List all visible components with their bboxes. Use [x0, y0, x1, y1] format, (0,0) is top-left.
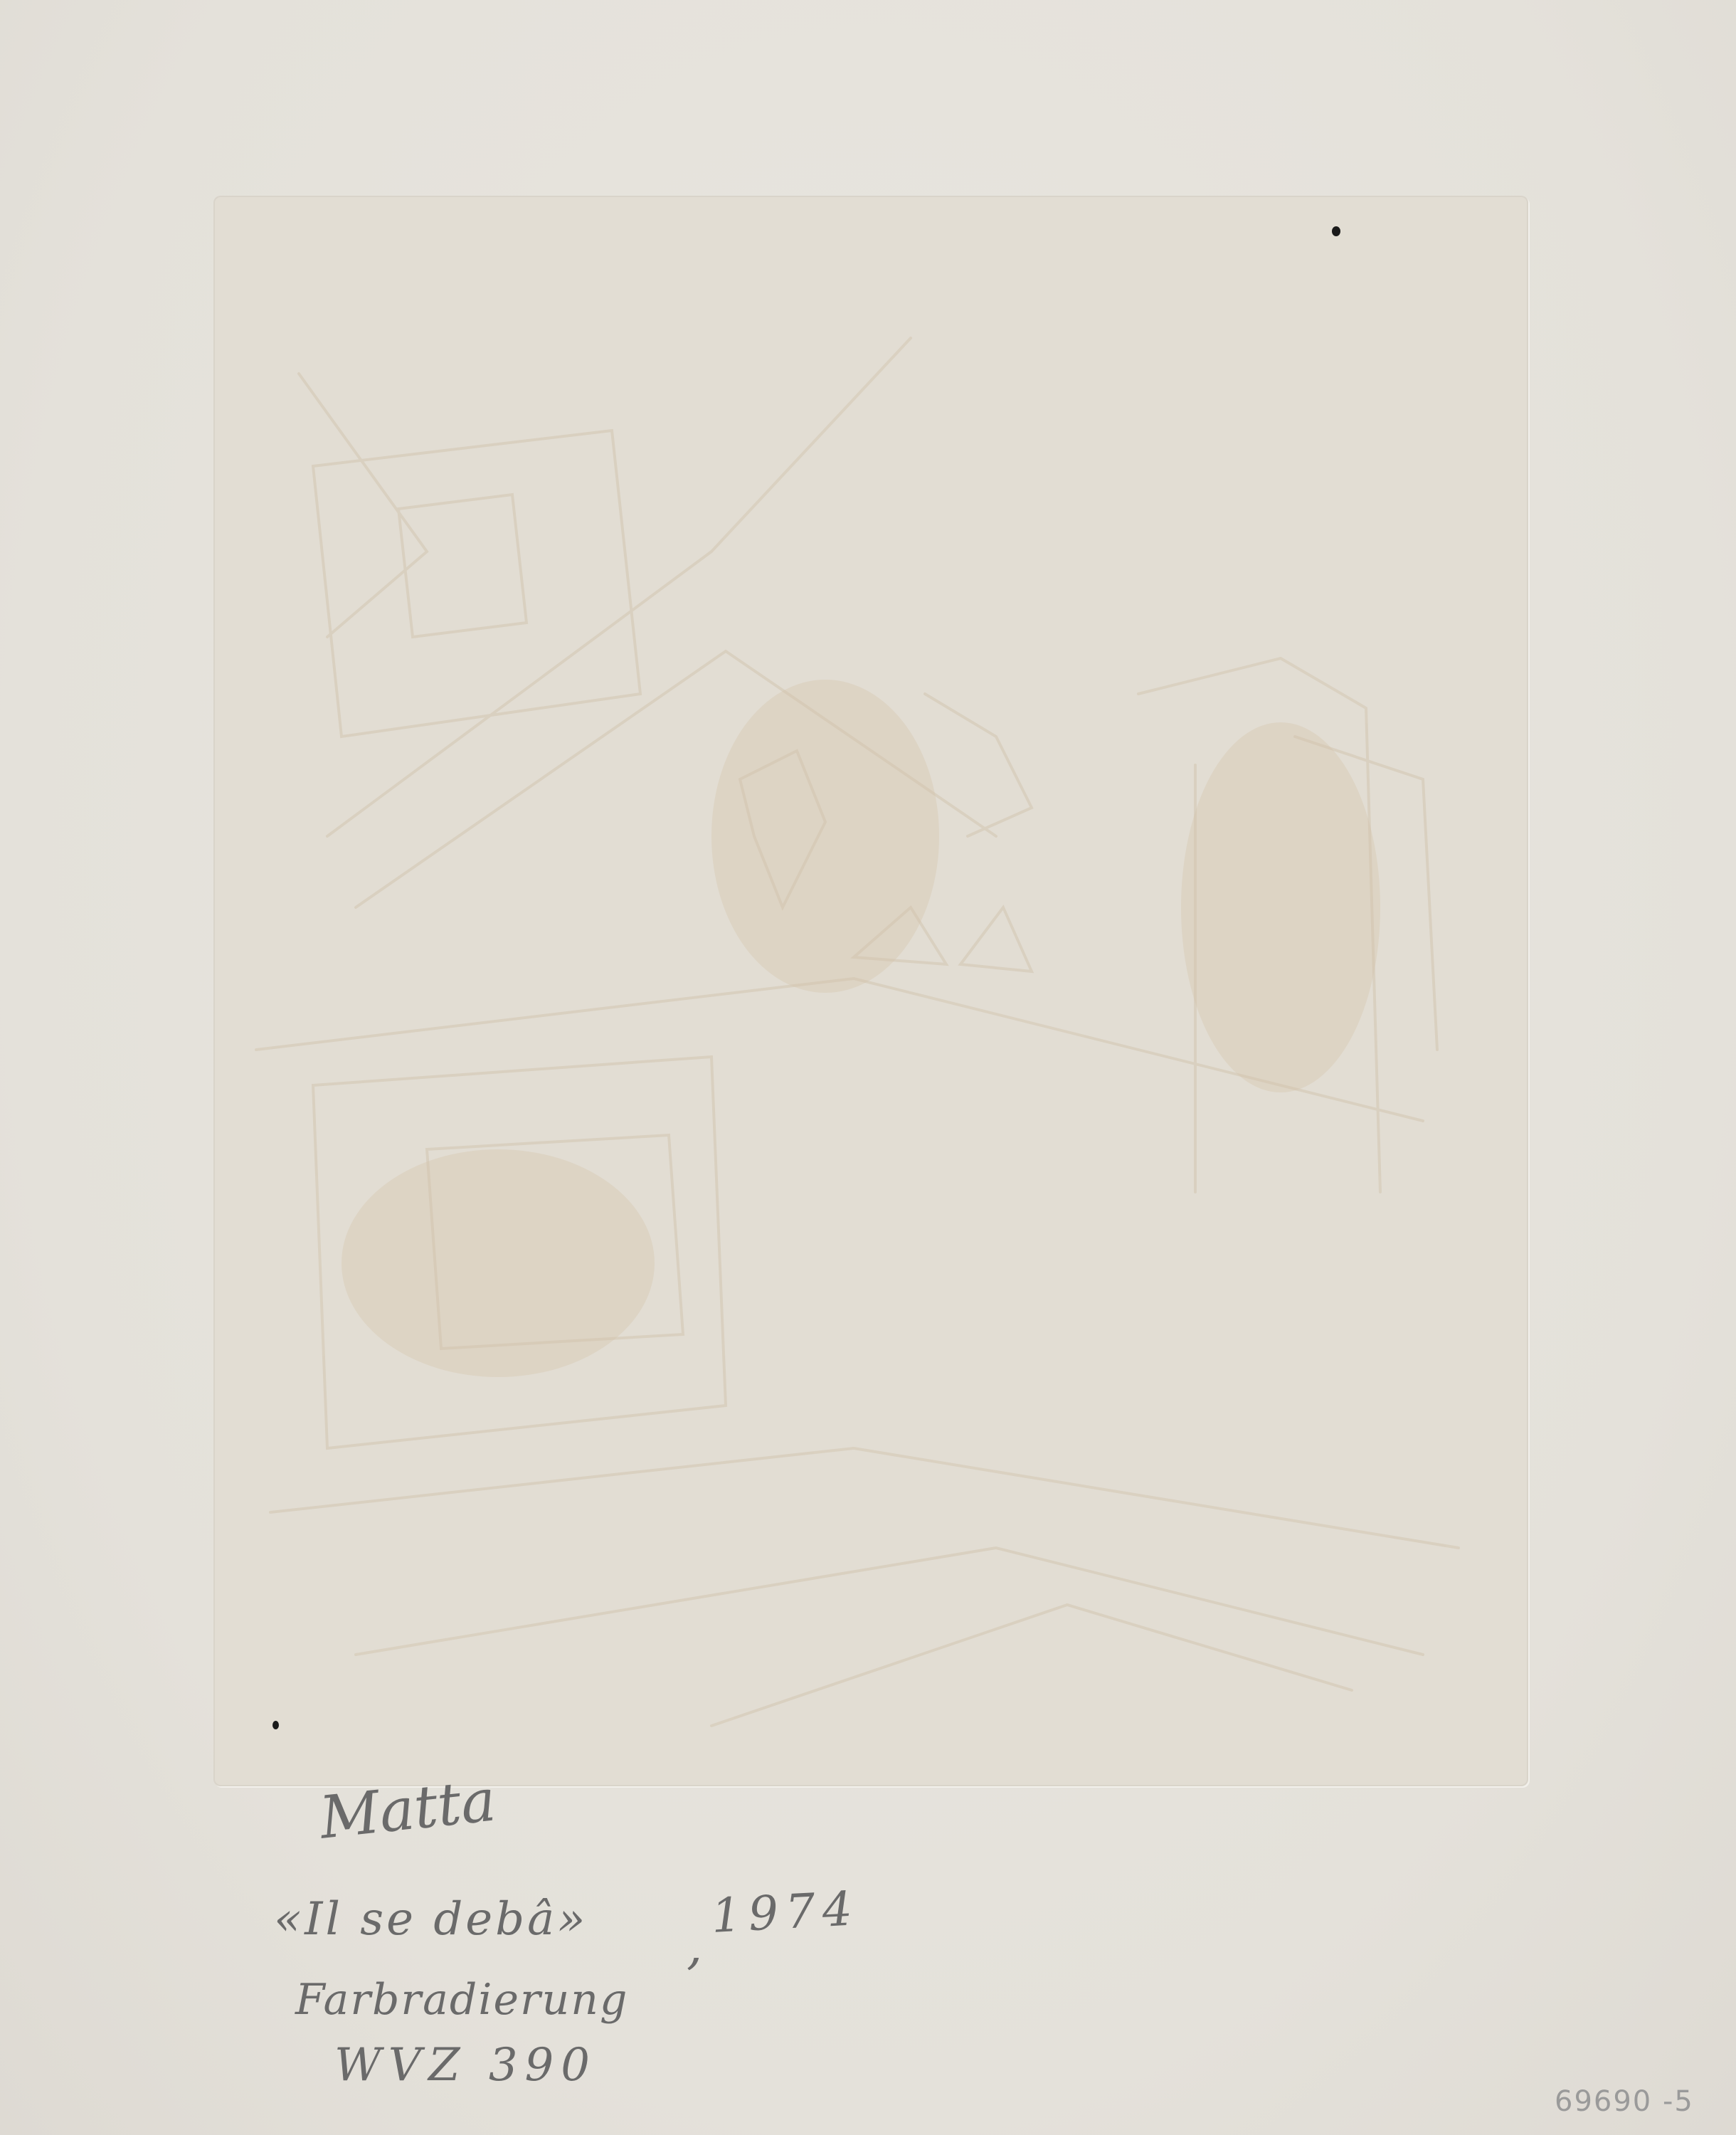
artwork-year: 1974 [710, 1885, 860, 1940]
artist-signature: Matta [317, 1771, 499, 1847]
ink-speck-bottom-left [272, 1721, 279, 1729]
technique-note: Farbradierung [295, 1978, 628, 2021]
title-year-separator: , [687, 1921, 702, 1971]
plate-mark [213, 196, 1528, 1786]
artwork-title: «Il se debâ» [274, 1897, 588, 1942]
faint-etched-drawing [213, 196, 1528, 1786]
catalogue-number: WVZ 390 [334, 2042, 597, 2088]
inventory-number: 69690 -5 [1555, 2085, 1694, 2118]
ink-speck-top-right [1332, 226, 1340, 236]
